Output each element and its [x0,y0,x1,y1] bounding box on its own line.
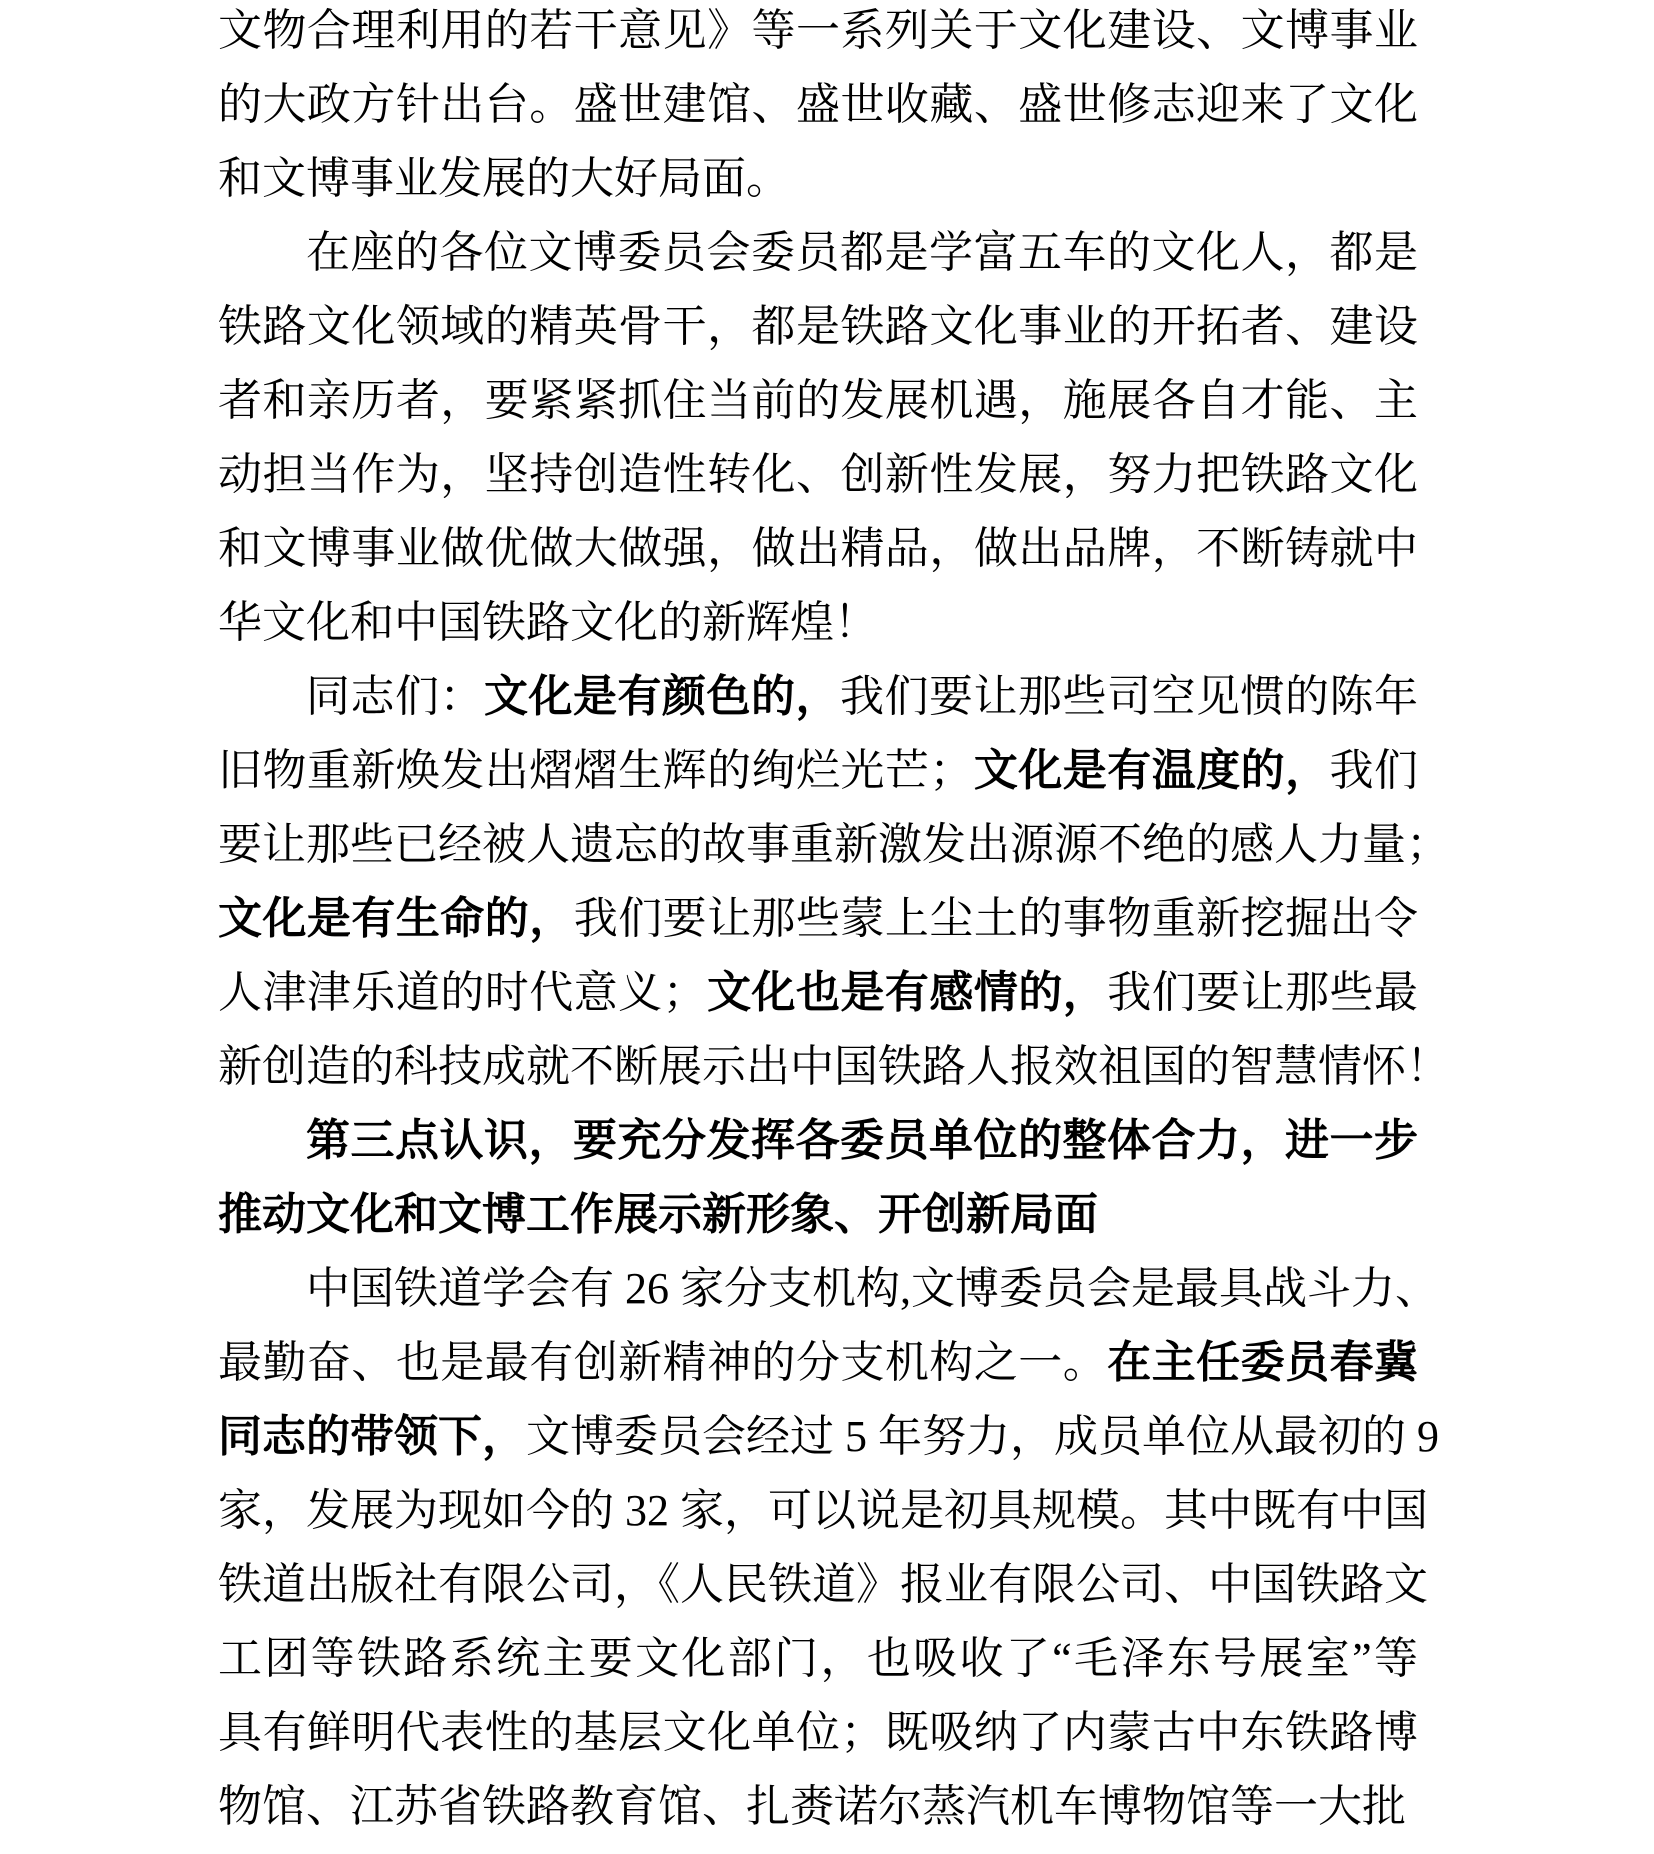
text-line: 第三点认识，要充分发挥各委员单位的整体合力，进一步 [218,1104,1418,1178]
text-segment: 铁路文化领域的精英骨干，都是铁路文化事业的开拓者、建设 [218,302,1418,351]
text-line: 工团等铁路系统主要文化部门，也吸收了“毛泽东号展室”等 [218,1622,1418,1696]
text-line: 和文博事业发展的大好局面。 [218,142,1418,216]
text-segment-bold: 第三点认识，要充分发挥各委员单位的整体合力，进一步 [306,1116,1418,1165]
text-segment: 我们 [1330,746,1418,795]
text-segment: 物馆、江苏省铁路教育馆、扎赉诺尔蒸汽机车博物馆等一大批 [218,1782,1406,1831]
text-line: 具有鲜明代表性的基层文化单位；既吸纳了内蒙古中东铁路博 [218,1696,1418,1770]
text-segment: 我们要让那些最 [1107,968,1418,1017]
text-line: 最勤奋、也是最有创新精神的分支机构之一。在主任委员春冀 [218,1326,1418,1400]
text-line: 人津津乐道的时代意义；文化也是有感情的，我们要让那些最 [218,956,1418,1030]
text-segment: 人津津乐道的时代意义； [218,968,707,1017]
text-segment: 的大政方针出台。盛世建馆、盛世收藏、盛世修志迎来了文化 [218,80,1418,129]
text-segment-bold: 推动文化和文博工作展示新形象、开创新局面 [218,1190,1098,1239]
text-segment: 旧物重新焕发出熠熠生辉的绚烂光芒； [218,746,973,795]
text-segment: 要让那些已经被人遗忘的故事重新激发出源源不绝的感人力量； [218,820,1450,869]
text-line: 文化是有生命的，我们要让那些蒙上尘土的事物重新挖掘出令 [218,882,1418,956]
text-segment: 文物合理利用的若干意见》等一系列关于文化建设、文博事业 [218,6,1418,55]
text-segment-bold: 在主任委员春冀 [1107,1338,1418,1387]
text-segment: 铁道出版社有限公司，《人民铁道》报业有限公司、中国铁路文 [218,1560,1428,1609]
text-line: 同志的带领下，文博委员会经过 5 年努力，成员单位从最初的 9 [218,1400,1418,1474]
text-line: 物馆、江苏省铁路教育馆、扎赉诺尔蒸汽机车博物馆等一大批 [218,1770,1418,1844]
text-line: 和文博事业做优做大做强，做出精品，做出品牌，不断铸就中 [218,512,1418,586]
text-segment: 和文博事业做优做大做强，做出精品，做出品牌，不断铸就中 [218,524,1418,573]
text-line: 动担当作为，坚持创造性转化、创新性发展，努力把铁路文化 [218,438,1418,512]
text-line: 在座的各位文博委员会委员都是学富五车的文化人，都是 [218,216,1418,290]
text-line: 文物合理利用的若干意见》等一系列关于文化建设、文博事业 [218,0,1418,68]
text-line: 铁路文化领域的精英骨干，都是铁路文化事业的开拓者、建设 [218,290,1418,364]
text-block: 文物合理利用的若干意见》等一系列关于文化建设、文博事业的大政方针出台。盛世建馆、… [218,0,1418,1844]
text-segment: 我们要让那些蒙上尘土的事物重新挖掘出令 [574,894,1418,943]
text-segment: 在座的各位文博委员会委员都是学富五车的文化人，都是 [306,228,1418,277]
text-segment-bold: 同志的带领下， [218,1412,526,1461]
text-line: 同志们：文化是有颜色的，我们要让那些司空见惯的陈年 [218,660,1418,734]
text-segment: 家，发展为现如今的 32 家，可以说是初具规模。其中既有中国 [218,1486,1428,1535]
text-line: 中国铁道学会有 26 家分支机构,文博委员会是最具战斗力、 [218,1252,1418,1326]
text-segment: 华文化和中国铁路文化的新辉煌！ [218,598,878,647]
text-segment: 我们要让那些司空见惯的陈年 [840,672,1418,721]
text-line: 新创造的科技成就不断展示出中国铁路人报效祖国的智慧情怀！ [218,1030,1418,1104]
text-line: 的大政方针出台。盛世建馆、盛世收藏、盛世修志迎来了文化 [218,68,1418,142]
text-segment: 同志们： [306,672,484,721]
text-segment: 中国铁道学会有 26 家分支机构,文博委员会是最具战斗力、 [306,1264,1439,1313]
text-segment-bold: 文化是有温度的， [973,746,1329,795]
text-segment: 动担当作为，坚持创造性转化、创新性发展，努力把铁路文化 [218,450,1418,499]
text-line: 铁道出版社有限公司，《人民铁道》报业有限公司、中国铁路文 [218,1548,1418,1622]
text-segment: 和文博事业发展的大好局面。 [218,154,790,203]
text-segment-bold: 文化是有生命的， [218,894,574,943]
text-line: 者和亲历者，要紧紧抓住当前的发展机遇，施展各自才能、主 [218,364,1418,438]
text-segment: 具有鲜明代表性的基层文化单位；既吸纳了内蒙古中东铁路博 [218,1708,1418,1757]
text-segment: 新创造的科技成就不断展示出中国铁路人报效祖国的智慧情怀！ [218,1042,1450,1091]
document-page: 文物合理利用的若干意见》等一系列关于文化建设、文博事业的大政方针出台。盛世建馆、… [0,0,1654,1854]
text-line: 推动文化和文博工作展示新形象、开创新局面 [218,1178,1418,1252]
text-line: 旧物重新焕发出熠熠生辉的绚烂光芒；文化是有温度的，我们 [218,734,1418,808]
text-segment-bold: 文化是有颜色的， [484,672,840,721]
text-segment: 工团等铁路系统主要文化部门，也吸收了“毛泽东号展室”等 [218,1634,1418,1683]
text-segment-bold: 文化也是有感情的， [707,968,1108,1017]
text-segment: 者和亲历者，要紧紧抓住当前的发展机遇，施展各自才能、主 [218,376,1418,425]
text-line: 华文化和中国铁路文化的新辉煌！ [218,586,1418,660]
text-segment: 最勤奋、也是最有创新精神的分支机构之一。 [218,1338,1107,1387]
text-line: 要让那些已经被人遗忘的故事重新激发出源源不绝的感人力量； [218,808,1418,882]
text-line: 家，发展为现如今的 32 家，可以说是初具规模。其中既有中国 [218,1474,1418,1548]
text-segment: 文博委员会经过 5 年努力，成员单位从最初的 9 [526,1412,1439,1461]
